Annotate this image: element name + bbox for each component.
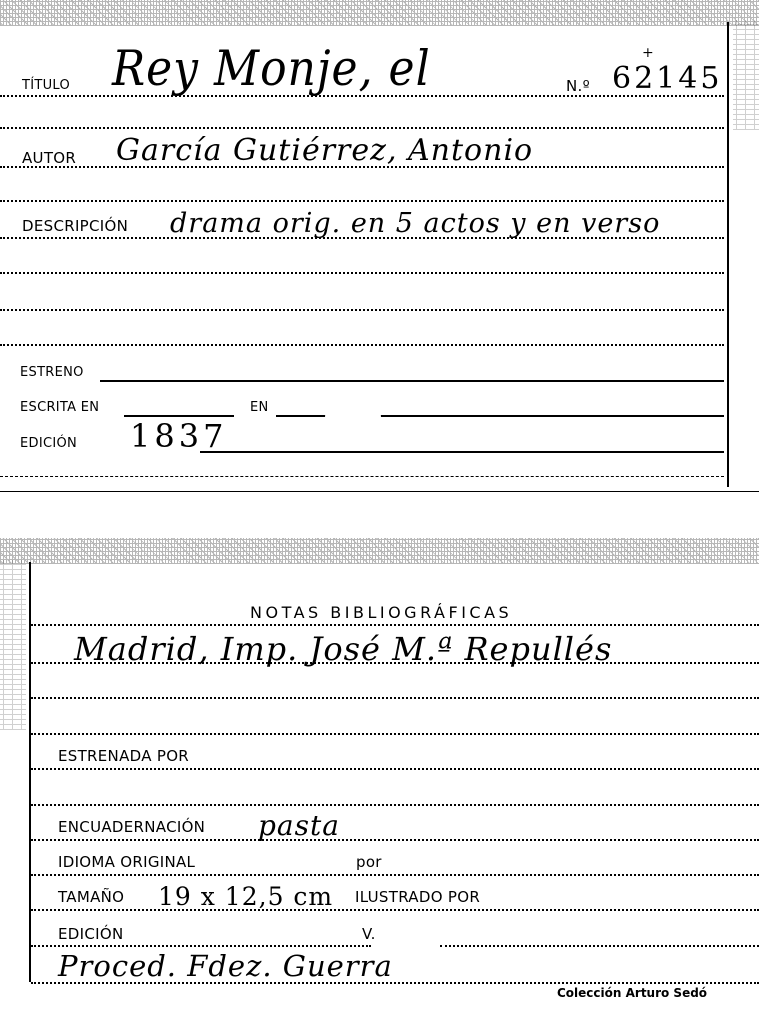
edicion-value: 1837 xyxy=(130,420,227,452)
estrenada-por-rule xyxy=(31,768,759,770)
tamano-value: 19 x 12,5 cm xyxy=(158,884,333,909)
scan-noise-top xyxy=(0,0,759,26)
blank-rule-1 xyxy=(0,272,724,274)
notas-heading: NOTAS BIBLIOGRÁFICAS xyxy=(250,603,512,622)
numero-mark: + xyxy=(642,46,655,60)
estreno-label: Estreno xyxy=(20,366,84,379)
descripcion-label: Descripción xyxy=(22,219,128,234)
titulo-label: Título xyxy=(22,79,70,92)
encuadernacion-rule xyxy=(31,839,759,841)
idioma-rule xyxy=(31,874,759,876)
scan-noise-right xyxy=(733,20,759,130)
descripcion-value: drama orig. en 5 actos y en verso xyxy=(170,210,660,237)
notas-rule-1 xyxy=(31,624,759,626)
blank-rule-3 xyxy=(0,344,724,346)
ink-blot xyxy=(325,392,381,444)
edicion-v-label: V. xyxy=(362,927,376,942)
escrita-en-label: Escrita en xyxy=(20,401,99,414)
card-right-edge xyxy=(727,22,729,487)
autor-rule xyxy=(0,166,724,168)
notas-rule-4 xyxy=(31,733,759,735)
numero-label: N.º xyxy=(566,79,590,94)
edicion-rule xyxy=(200,451,724,453)
notas-value: Madrid, Imp. José M.ª Repullés xyxy=(74,633,612,665)
numero-value: 62145 xyxy=(612,64,722,94)
procedencia-rule xyxy=(31,982,759,984)
edicion-back-label: Edición xyxy=(58,927,123,942)
titulo-rule-2 xyxy=(0,127,724,129)
edicion-back-rule-2 xyxy=(440,945,759,947)
edicion-label: Edición xyxy=(20,437,77,450)
encuadernacion-label: Encuadernación xyxy=(58,820,205,835)
blank-rule-back xyxy=(31,804,759,806)
autor-value: García Gutiérrez, Antonio xyxy=(116,136,533,166)
scan-noise-left xyxy=(0,560,26,730)
blank-rule-2 xyxy=(0,309,724,311)
idioma-por-label: por xyxy=(356,855,382,870)
notas-rule-3 xyxy=(31,697,759,699)
collection-credit: Colección Arturo Sedó xyxy=(557,986,707,1000)
idioma-original-label: Idioma original xyxy=(58,855,195,870)
descripcion-rule xyxy=(0,237,724,239)
notas-rule-2 xyxy=(31,662,759,664)
estrenada-por-label: Estrenada por xyxy=(58,749,189,764)
encuadernacion-value: pasta xyxy=(258,812,340,840)
edicion-back-rule xyxy=(31,945,371,947)
autor-rule-2 xyxy=(0,200,724,202)
titulo-value: Rey Monje, el xyxy=(112,46,431,94)
escrita-en-en-label: en xyxy=(250,401,269,414)
tamano-rule xyxy=(31,909,759,911)
estreno-rule xyxy=(100,380,724,382)
procedencia-value: Proced. Fdez. Guerra xyxy=(58,952,393,981)
scan-noise-mid xyxy=(0,538,759,564)
tamano-label: Tamaño xyxy=(58,890,124,905)
card-bottom-rule xyxy=(0,476,724,477)
card-separator xyxy=(0,491,759,492)
autor-label: Autor xyxy=(22,151,76,166)
ilustrado-por-label: Ilustrado por xyxy=(355,890,480,905)
titulo-rule xyxy=(0,95,724,97)
